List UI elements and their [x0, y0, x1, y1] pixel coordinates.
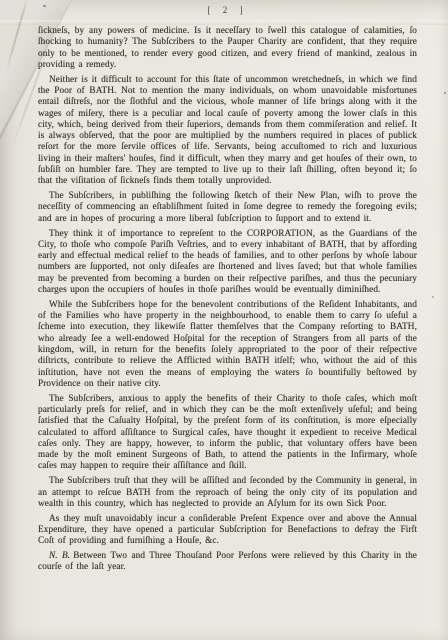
nota-bene-paragraph: N. B.Between Two and Three Thouſand Poor… — [38, 551, 417, 574]
body-paragraph-corporation: They think it of importance to repreſent… — [38, 229, 417, 297]
page-number: [ 2 ] — [38, 5, 417, 15]
nota-bene-text: Between Two and Three Thouſand Poor Perſ… — [38, 551, 417, 572]
body-paragraph-poor-of-bath: Neither is it difficult to account for t… — [38, 75, 417, 188]
nota-bene-label: N. B. — [49, 551, 70, 561]
body-paragraph-expence: As they muſt unavoidably incur a conſide… — [38, 514, 417, 548]
body-paragraph-new-plan: The Subſcribers, in publiſhing the follo… — [38, 191, 417, 225]
page-content: [ 2 ] ſickneſs, by any powers of medicin… — [38, 5, 417, 577]
body-paragraph-sickness: ſickneſs, by any powers of medicine. Is … — [38, 26, 417, 71]
body-paragraph-contributions: While the Subſcribers hope for the benev… — [38, 300, 417, 390]
body-paragraph-community: The Subſcribers truſt that they will be … — [38, 476, 417, 510]
body-paragraph-casualty-hospital: The Subſcribers, anxious to apply the be… — [38, 394, 417, 473]
